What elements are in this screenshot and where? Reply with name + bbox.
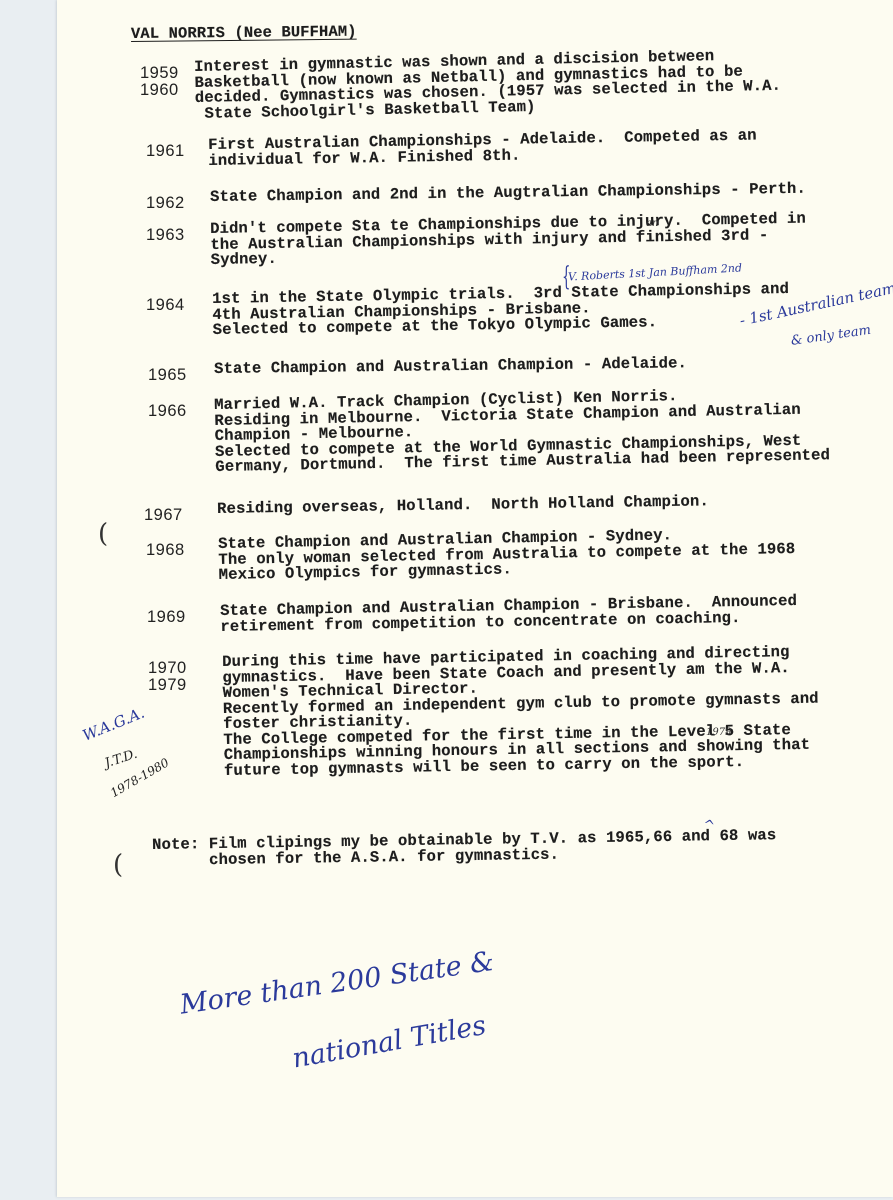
entry-year: 1965 xyxy=(148,366,187,385)
handwritten-year-insert: 1979 xyxy=(706,727,731,738)
document-title: VAL NORRIS (Nee BUFFHAM) xyxy=(131,25,357,43)
entry-year: 1966 xyxy=(148,402,187,421)
entry-year: 1964 xyxy=(146,296,185,315)
entry-year: 1979 xyxy=(148,676,187,695)
entry-year: 1967 xyxy=(144,506,183,525)
entry-text: During this time have participated in co… xyxy=(222,645,820,779)
entry-year: 1960 xyxy=(140,81,179,100)
entry-text: Interest in gymnastic was shown and a di… xyxy=(194,48,782,122)
entry-year: 1968 xyxy=(146,541,185,560)
handwritten-insert-an: an xyxy=(646,218,658,229)
margin-bracket-1967: ( xyxy=(98,519,108,549)
entry-year: 1969 xyxy=(147,608,186,627)
entry-year: 1962 xyxy=(146,194,185,213)
entry-year: 1963 xyxy=(146,226,185,245)
margin-bracket-note: ( xyxy=(113,850,123,880)
entry-year: 1961 xyxy=(146,142,185,161)
entry-text: Married W.A. Track Champion (Cyclist) Ke… xyxy=(214,386,830,475)
